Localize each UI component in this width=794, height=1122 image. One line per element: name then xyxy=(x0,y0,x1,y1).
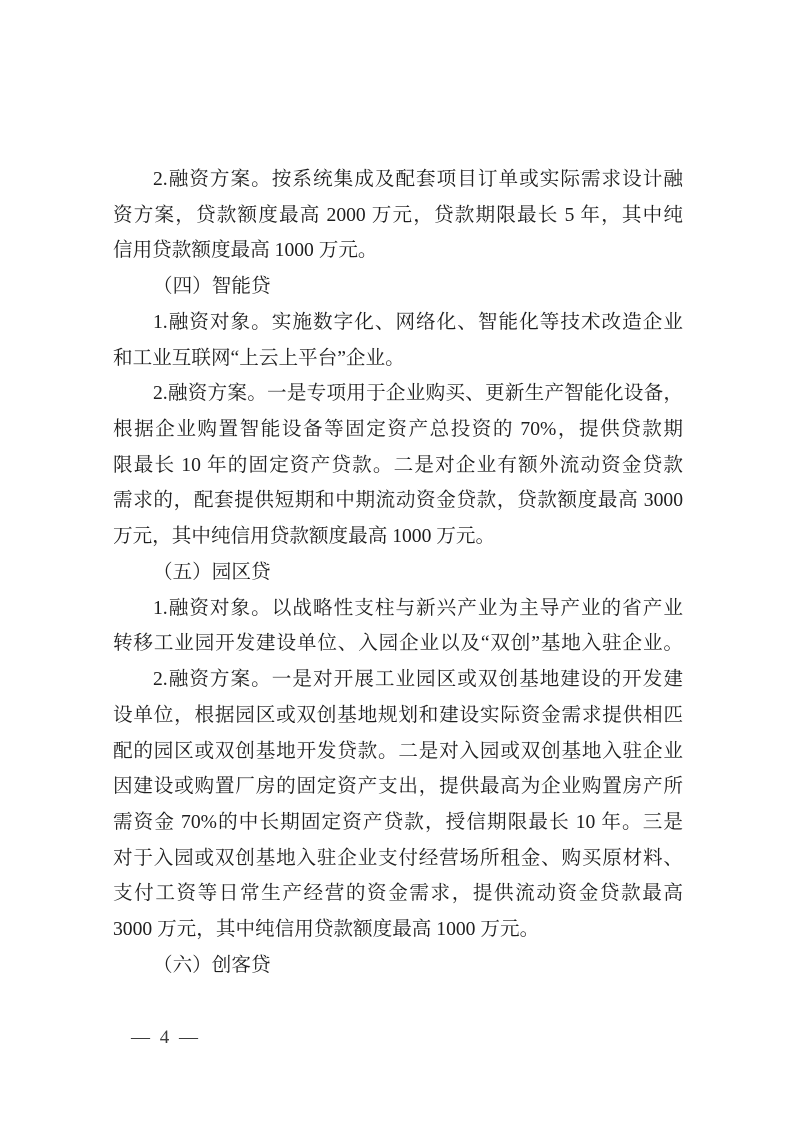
text-line: 配的园区或双创基地开发贷款。二是对入园或双创基地入驻企业 xyxy=(113,734,683,770)
text-line: （六）创客贷 xyxy=(113,948,683,984)
page-number-footer: — 4 — xyxy=(131,1026,198,1050)
text-line: 需资金 70%的中长期固定资产贷款，授信期限最长 10 年。三是 xyxy=(113,805,683,841)
text-line: 和工业互联网“上云上平台”企业。 xyxy=(113,341,683,377)
text-line: 根据企业购置智能设备等固定资产总投资的 70%，提供贷款期 xyxy=(113,412,683,448)
document-page: 2.融资方案。按系统集成及配套项目订单或实际需求设计融资方案，贷款额度最高 20… xyxy=(0,0,794,1122)
text-line: 3000 万元，其中纯信用贷款额度最高 1000 万元。 xyxy=(113,912,683,948)
text-line: 支付工资等日常生产经营的资金需求，提供流动资金贷款最高 xyxy=(113,876,683,912)
text-line: （四）智能贷 xyxy=(113,269,683,305)
text-line: （五）园区贷 xyxy=(113,555,683,591)
text-line: 限最长 10 年的固定资产贷款。二是对企业有额外流动资金贷款 xyxy=(113,448,683,484)
text-line: 万元，其中纯信用贷款额度最高 1000 万元。 xyxy=(113,519,683,555)
text-line: 因建设或购置厂房的固定资产支出，提供最高为企业购置房产所 xyxy=(113,769,683,805)
text-line: 2.融资方案。一是专项用于企业购买、更新生产智能化设备， xyxy=(113,376,683,412)
text-line: 1.融资对象。实施数字化、网络化、智能化等技术改造企业 xyxy=(113,305,683,341)
text-line: 转移工业园开发建设单位、入园企业以及“双创”基地入驻企业。 xyxy=(113,626,683,662)
text-line: 设单位，根据园区或双创基地规划和建设实际资金需求提供相匹 xyxy=(113,698,683,734)
text-line: 对于入园或双创基地入驻企业支付经营场所租金、购买原材料、 xyxy=(113,841,683,877)
text-line: 2.融资方案。一是对开展工业园区或双创基地建设的开发建 xyxy=(113,662,683,698)
text-line: 资方案，贷款额度最高 2000 万元，贷款期限最长 5 年，其中纯 xyxy=(113,198,683,234)
text-line: 2.融资方案。按系统集成及配套项目订单或实际需求设计融 xyxy=(113,162,683,198)
text-line: 需求的，配套提供短期和中期流动资金贷款，贷款额度最高 3000 xyxy=(113,483,683,519)
text-line: 1.融资对象。以战略性支柱与新兴产业为主导产业的省产业 xyxy=(113,591,683,627)
text-block: 2.融资方案。按系统集成及配套项目订单或实际需求设计融资方案，贷款额度最高 20… xyxy=(113,162,683,984)
text-line: 信用贷款额度最高 1000 万元。 xyxy=(113,233,683,269)
